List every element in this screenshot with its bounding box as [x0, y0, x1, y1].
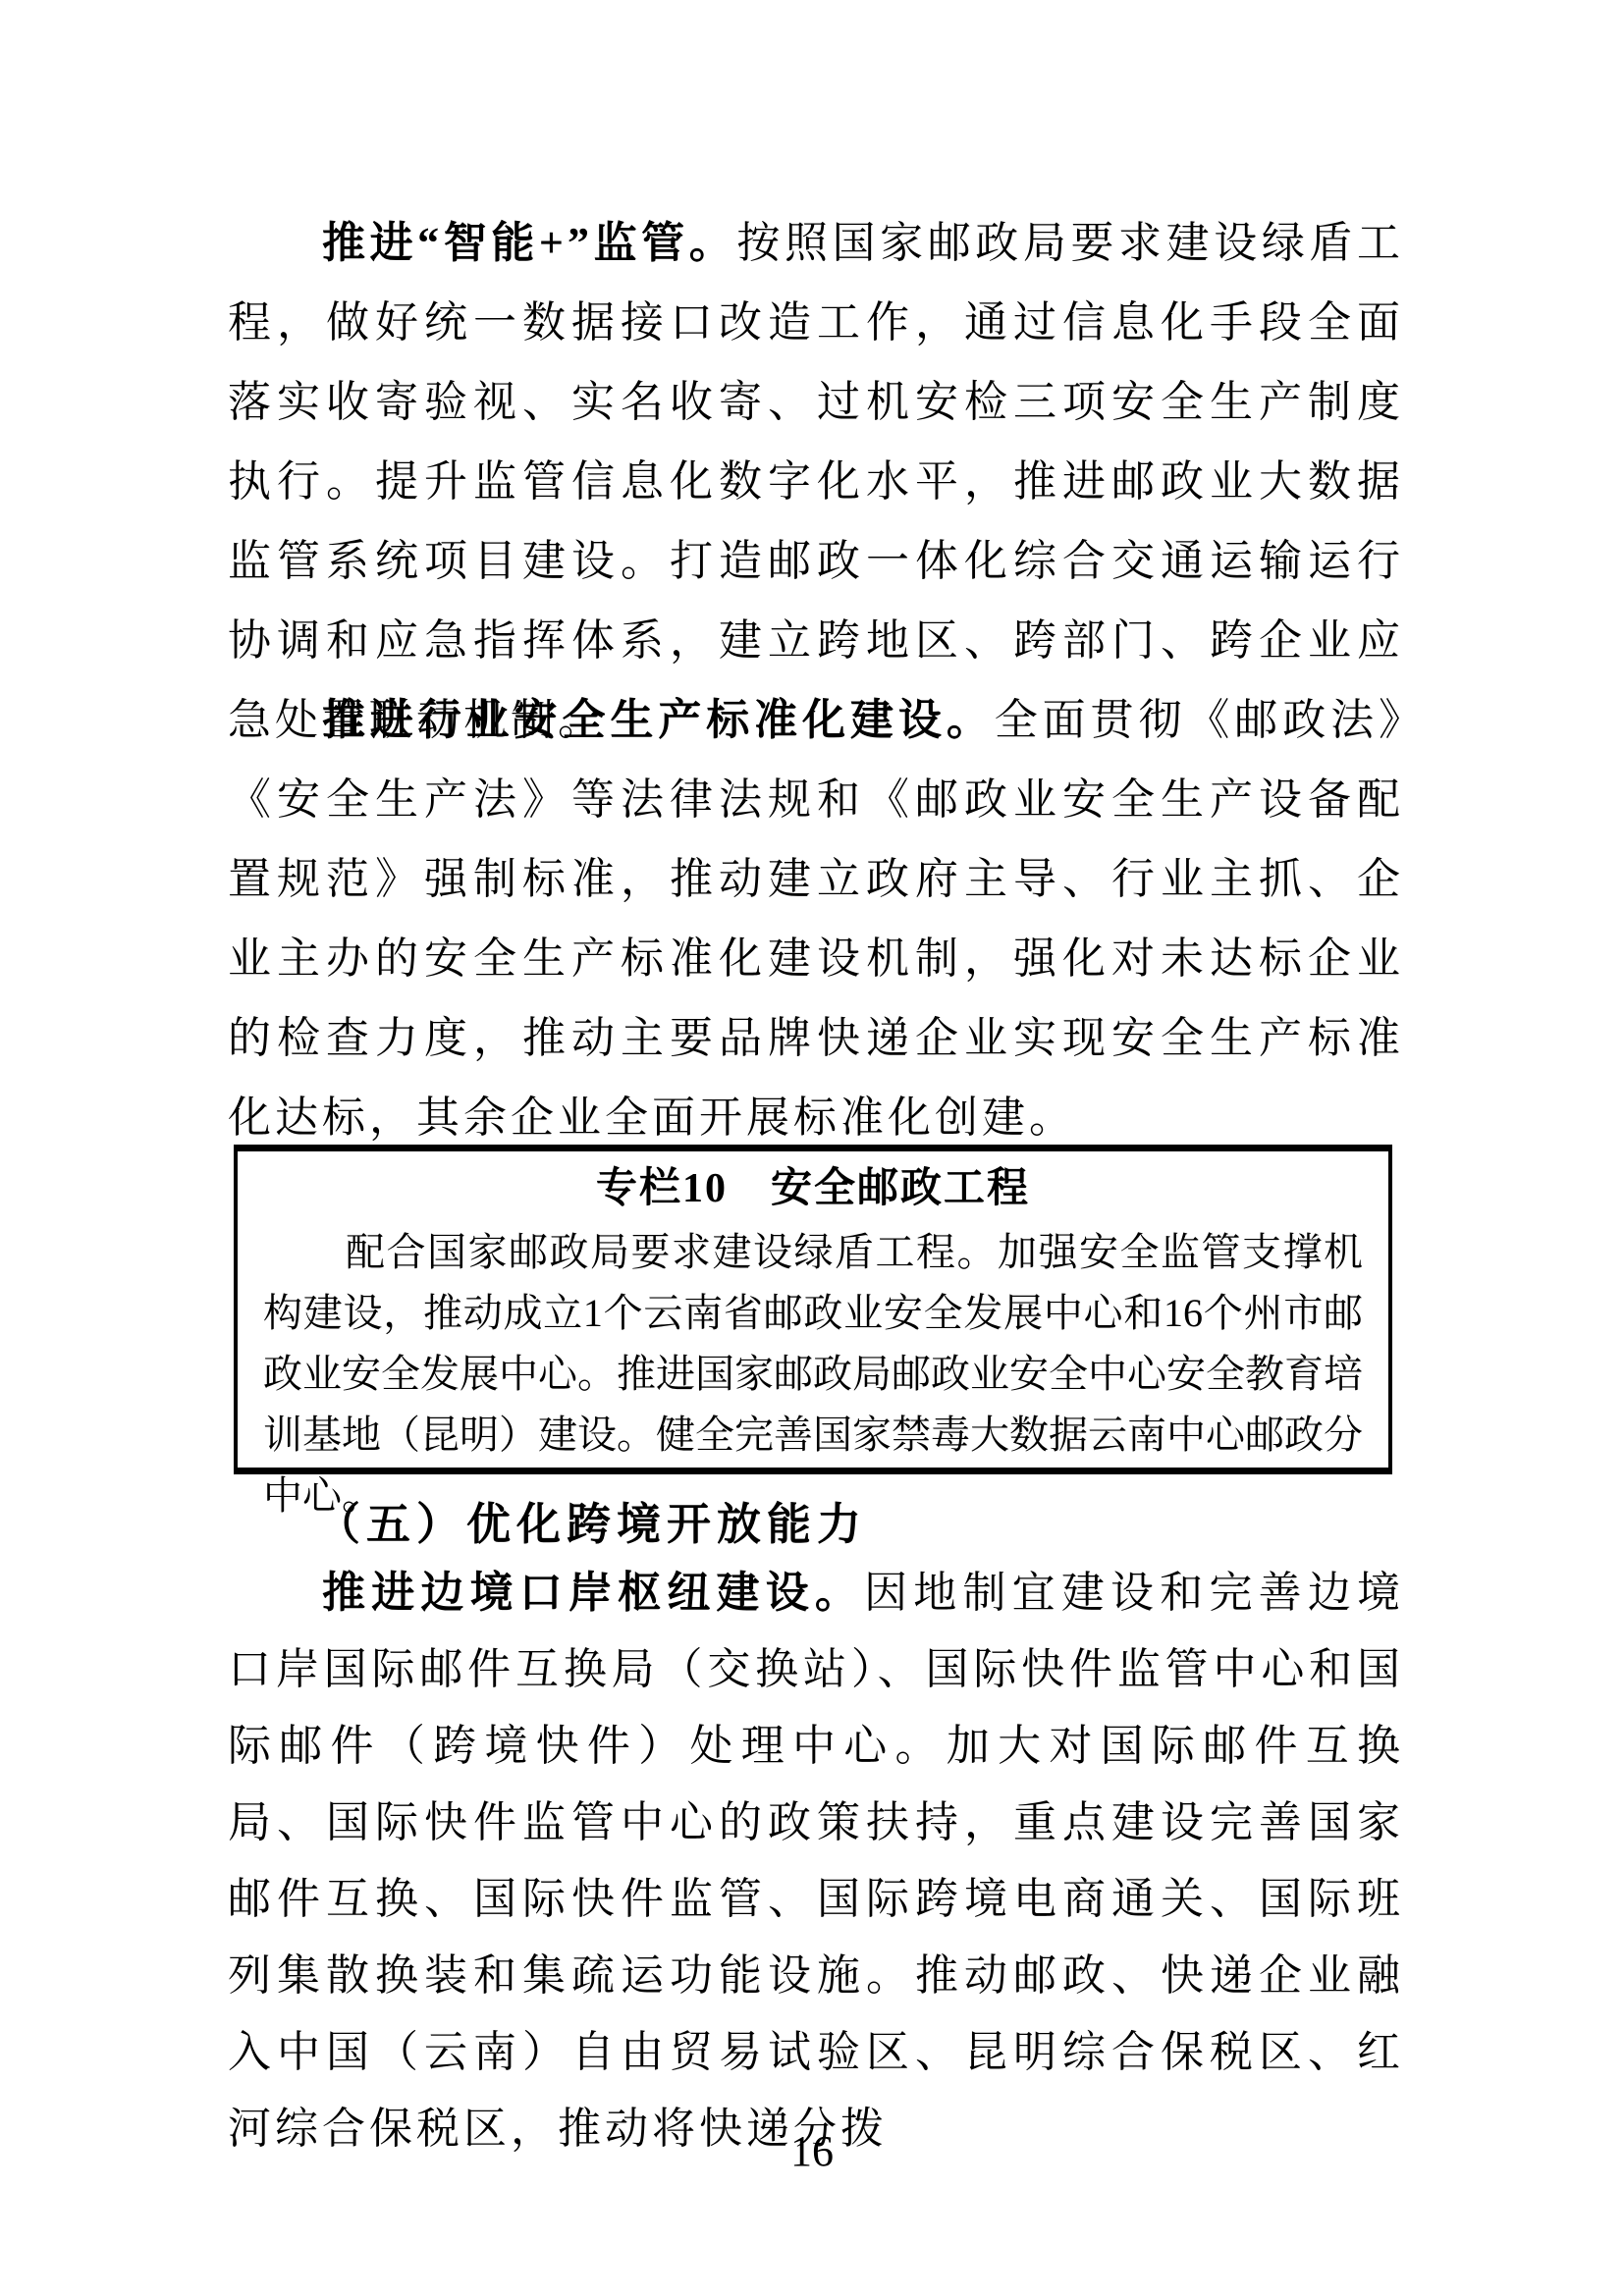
page-number: 16 [0, 2122, 1624, 2181]
paragraph-lead-bold: 推进行业安全生产标准化建设。 [322, 696, 995, 744]
paragraph-body-text: 按照国家邮政局要求建设绿盾工程，做好统一数据接口改造工作，通过信息化手段全面落实… [228, 219, 1404, 744]
paragraph-body-text: 因地制宜建设和完善边境口岸国际邮件互换局（交换站）、国际快件监管中心和国际邮件（… [228, 1569, 1404, 2153]
paragraph-body-text: 全面贯彻《邮政法》《安全生产法》等法律法规和《邮政业安全生产设备配置规范》强制标… [228, 696, 1404, 1142]
document-page: 推进“智能+”监管。按照国家邮政局要求建设绿盾工程，做好统一数据接口改造工作，通… [0, 0, 1624, 2296]
paragraph-lead-bold: 推进“智能+”监管。 [322, 219, 736, 267]
section-heading-five: （五）优化跨境开放能力 [228, 1485, 1404, 1564]
paragraph-smart-regulation: 推进“智能+”监管。按照国家邮政局要求建设绿盾工程，做好统一数据接口改造工作，通… [228, 203, 1404, 760]
callout-box-column10: 专栏10 安全邮政工程 配合国家邮政局要求建设绿盾工程。加强安全监管支撑机构建设… [234, 1145, 1392, 1474]
paragraph-safety-standardization: 推进行业安全生产标准化建设。全面贯彻《邮政法》《安全生产法》等法律法规和《邮政业… [228, 680, 1404, 1157]
callout-box-body: 配合国家邮政局要求建设绿盾工程。加强安全监管支撑机构建设，推动成立1个云南省邮政… [263, 1222, 1363, 1526]
callout-box-title: 专栏10 安全邮政工程 [263, 1155, 1363, 1222]
paragraph-lead-bold: 推进边境口岸枢纽建设。 [322, 1569, 864, 1617]
paragraph-border-port-hub: 推进边境口岸枢纽建设。因地制宜建设和完善边境口岸国际邮件互换局（交换站）、国际快… [228, 1555, 1404, 2167]
